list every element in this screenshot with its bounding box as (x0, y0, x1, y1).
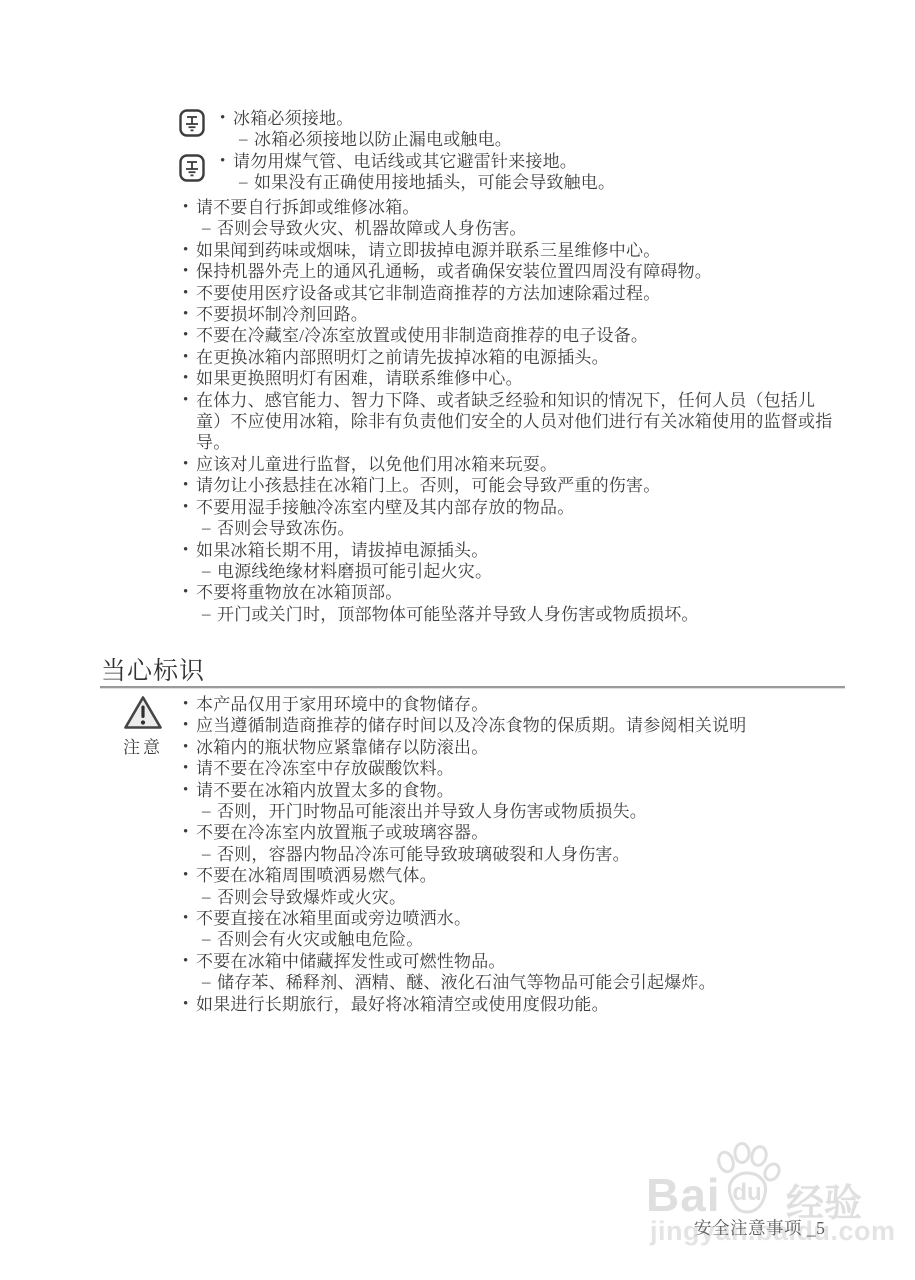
list-item: 如果冰箱长期不用，请拔掉电源插头。 (183, 540, 835, 561)
sub-list-item: 如果没有正确使用接地插头，可能会导致触电。 (220, 172, 840, 193)
list-item: 如果闻到药味或烟味，请立即拔掉电源并联系三星维修中心。 (183, 240, 835, 261)
list-item: 不要在冷冻室内放置瓶子或玻璃容器。 (183, 822, 835, 843)
caution-section-title: 当心标识 (101, 651, 205, 687)
watermark-du-text: du (732, 1179, 761, 1206)
list-item: 请不要自行拆卸或维修冰箱。 (183, 197, 835, 218)
list-item: 不要在冷藏室/冷冻室放置或使用非制造商推荐的电子设备。 (183, 325, 835, 346)
section-divider (100, 686, 845, 689)
grounding-earth-icon (179, 154, 205, 182)
list-item: 冰箱必须接地。 (220, 108, 840, 129)
sub-list-item: 冰箱必须接地以防止漏电或触电。 (220, 129, 840, 150)
list-item: 保持机器外壳上的通风孔通畅，或者确保安装位置四周没有障碍物。 (183, 261, 835, 282)
list-item: 应该对儿童进行监督，以免他们用冰箱来玩耍。 (183, 454, 835, 475)
caution-list: 本产品仅用于家用环境中的食物储存。 应当遵循制造商推荐的储存时间以及冷冻食物的保… (183, 694, 835, 1015)
list-item: 冰箱内的瓶状物应紧靠储存以防滚出。 (183, 737, 835, 758)
list-item: 请不要在冰箱内放置太多的食物。 (183, 780, 835, 801)
sub-list-item: 否则会有火灾或触电危险。 (183, 929, 835, 950)
grounding-earth-icon (179, 109, 205, 137)
warning-triangle-icon (122, 694, 164, 731)
list-item: 不要使用医疗设备或其它非制造商推荐的方法加速除霜过程。 (183, 283, 835, 304)
sub-list-item: 否则会导致冻伤。 (183, 518, 835, 539)
list-item: 如果进行长期旅行，最好将冰箱清空或使用度假功能。 (183, 994, 835, 1015)
manual-page: { "colors": { "body_text": "#3c3c3c", "h… (0, 0, 915, 1280)
sub-list-item: 否则，开门时物品可能滚出并导致人身伤害或物质损失。 (183, 801, 835, 822)
list-item: 如果更换照明灯有困难，请联系维修中心。 (183, 368, 835, 389)
list-item: 不要在冰箱周围喷洒易燃气体。 (183, 865, 835, 886)
list-item: 不要将重物放在冰箱顶部。 (183, 582, 835, 603)
list-item: 不要用湿手接触冷冻室内壁及其内部存放的物品。 (183, 497, 835, 518)
sub-list-item: 储存苯、稀释剂、酒精、醚、液化石油气等物品可能会引起爆炸。 (183, 972, 835, 993)
list-item: 不要在冰箱中储藏挥发性或可燃性物品。 (183, 951, 835, 972)
list-item: 在体力、感官能力、智力下降、或者缺乏经验和知识的情况下，任何人员（包括儿童）不应… (183, 390, 835, 454)
list-item: 不要损坏制冷剂回路。 (183, 304, 835, 325)
page-footer-label: 安全注意事项 _5 (694, 1215, 825, 1240)
grounding-list: 冰箱必须接地。 冰箱必须接地以防止漏电或触电。 请勿用煤气管、电话线或其它避雷针… (220, 108, 840, 194)
list-item: 在更换冰箱内部照明灯之前请先拔掉冰箱的电源插头。 (183, 347, 835, 368)
list-item: 请勿让小孩悬挂在冰箱门上。否则，可能会导致严重的伤害。 (183, 475, 835, 496)
list-item: 请勿用煤气管、电话线或其它避雷针来接地。 (220, 151, 840, 172)
sub-list-item: 否则会导致火灾、机器故障或人身伤害。 (183, 218, 835, 239)
sub-list-item: 否则会导致爆炸或火灾。 (183, 887, 835, 908)
watermark-paw-icon: du (710, 1142, 784, 1223)
list-item: 不要直接在冰箱里面或旁边喷洒水。 (183, 908, 835, 929)
caution-badge: 注意 (120, 694, 166, 758)
list-item: 本产品仅用于家用环境中的食物储存。 (183, 694, 835, 715)
warning-list: 请不要自行拆卸或维修冰箱。 否则会导致火灾、机器故障或人身伤害。 如果闻到药味或… (183, 197, 835, 625)
list-item: 应当遵循制造商推荐的储存时间以及冷冻食物的保质期。请参阅相关说明 (183, 715, 835, 736)
sub-list-item: 开门或关门时，顶部物体可能坠落并导致人身伤害或物质损坏。 (183, 604, 835, 625)
sub-list-item: 否则，容器内物品冷冻可能导致玻璃破裂和人身伤害。 (183, 844, 835, 865)
sub-list-item: 电源线绝缘材料磨损可能引起火灾。 (183, 561, 835, 582)
list-item: 请不要在冷冻室中存放碳酸饮料。 (183, 758, 835, 779)
caution-label: 注意 (120, 733, 166, 758)
